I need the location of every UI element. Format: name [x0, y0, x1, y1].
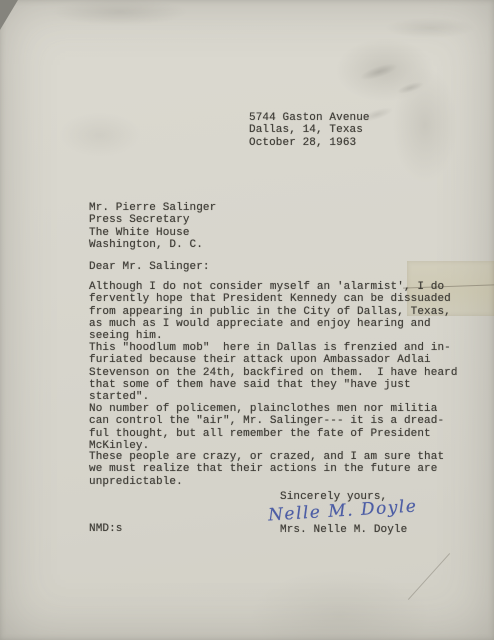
- body-paragraph-1: Although I do not consider myself an 'al…: [89, 281, 451, 342]
- body-paragraph-2: This "hoodlum mob" here in Dallas is fre…: [89, 342, 458, 403]
- letter-paper: 5744 Gaston Avenue Dallas, 14, Texas Oct…: [0, 0, 494, 640]
- typist-reference-initials: NMD:s: [89, 523, 123, 535]
- salutation: Dear Mr. Salinger:: [89, 261, 210, 273]
- letter-scan: 5744 Gaston Avenue Dallas, 14, Texas Oct…: [0, 0, 494, 640]
- body-paragraph-4: These people are crazy, or crazed, and I…: [89, 451, 444, 488]
- corner-crease-line: [408, 553, 450, 600]
- sender-address-date-block: 5744 Gaston Avenue Dallas, 14, Texas Oct…: [249, 112, 370, 149]
- body-paragraph-3: No number of policemen, plainclothes men…: [89, 403, 444, 452]
- typed-signature-name: Mrs. Nelle M. Doyle: [280, 524, 407, 536]
- recipient-address-block: Mr. Pierre Salinger Press Secretary The …: [89, 202, 216, 251]
